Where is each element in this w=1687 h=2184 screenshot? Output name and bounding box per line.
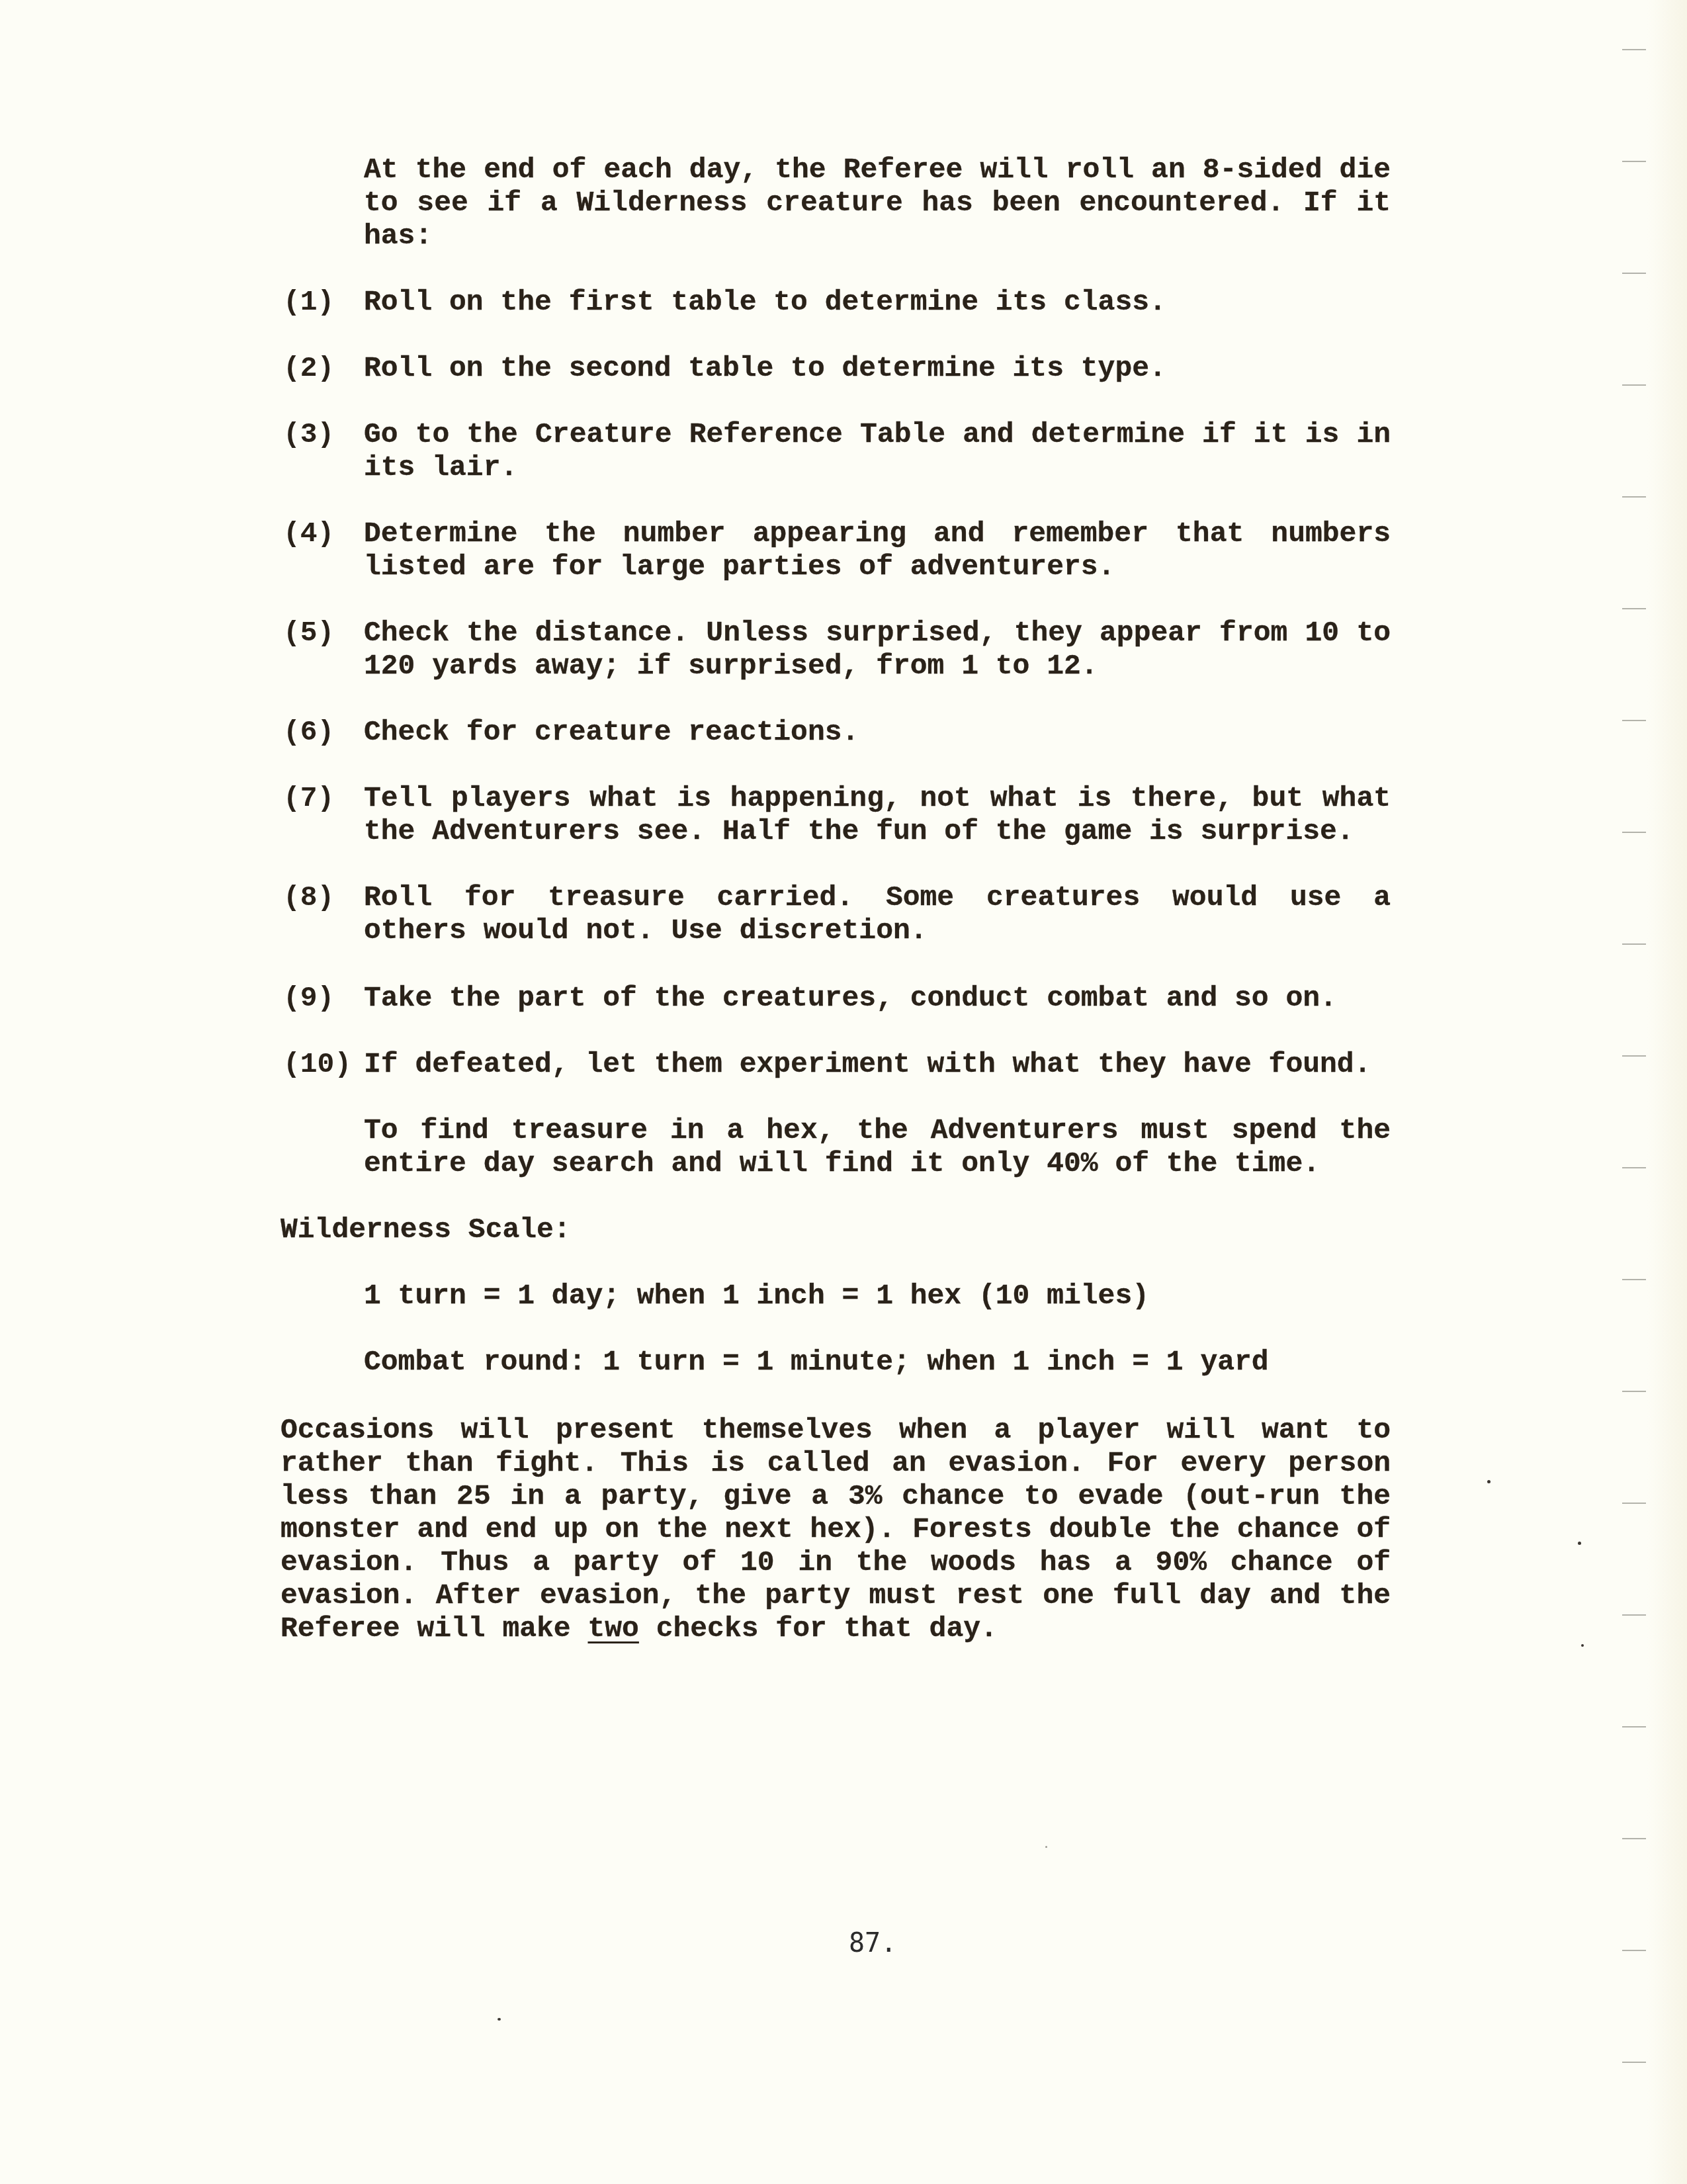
step-3-number: (3): [283, 418, 334, 451]
evasion-line-5: evasion. Thus a party of 10 in the woods…: [281, 1546, 1391, 1579]
intro-line-2: to see if a Wilderness creature has been…: [364, 187, 1391, 220]
margin-tick: [1622, 832, 1646, 833]
emphasis-two: two: [587, 1612, 638, 1645]
scan-speck: [1578, 1542, 1581, 1545]
evasion-line-3: less than 25 in a party, give a 3% chanc…: [281, 1480, 1391, 1513]
step-9-number: (9): [283, 982, 334, 1015]
margin-tick: [1622, 273, 1646, 274]
treasure-line-1: To find treasure in a hex, the Adventure…: [364, 1114, 1391, 1147]
margin-tick: [1622, 1167, 1646, 1168]
step-4-number: (4): [283, 517, 334, 550]
scan-speck: [1045, 1846, 1047, 1848]
step-8-text-2: others would not. Use discretion.: [364, 914, 928, 947]
margin-tick: [1622, 1055, 1646, 1057]
scan-speck: [1581, 1644, 1584, 1647]
margin-tick: [1622, 1614, 1646, 1616]
evasion-line-1: Occasions will present themselves when a…: [281, 1414, 1391, 1447]
step-7-text-1: Tell players what is happening, not what…: [364, 782, 1391, 815]
step-9-text: Take the part of the creatures, conduct …: [364, 982, 1337, 1015]
margin-tick: [1622, 1726, 1646, 1727]
margin-tick: [1622, 1391, 1646, 1392]
margin-tick: [1622, 1950, 1646, 1951]
intro-line-3: has:: [364, 220, 432, 253]
scale-line-travel: 1 turn = 1 day; when 1 inch = 1 hex (10 …: [364, 1280, 1149, 1313]
margin-tick: [1622, 2062, 1646, 2063]
step-7-number: (7): [283, 782, 334, 815]
margin-tick: [1622, 161, 1646, 162]
evasion-line-6: evasion. After evasion, the party must r…: [281, 1579, 1391, 1612]
margin-tick: [1622, 496, 1646, 498]
scan-speck: [1487, 1480, 1491, 1483]
margin-tick: [1622, 384, 1646, 386]
margin-tick: [1622, 49, 1646, 50]
step-5-text-2: 120 yards away; if surprised, from 1 to …: [364, 650, 1098, 683]
document-page: At the end of each day, the Referee will…: [0, 0, 1687, 2184]
step-3-text-2: its lair.: [364, 451, 517, 484]
margin-tick: [1622, 1279, 1646, 1280]
treasure-line-2: entire day search and will find it only …: [364, 1147, 1320, 1180]
evasion-line-2: rather than fight. This is called an eva…: [281, 1447, 1391, 1480]
step-6-text: Check for creature reactions.: [364, 716, 859, 749]
step-8-text-1: Roll for treasure carried. Some creature…: [364, 881, 1391, 914]
step-7-text-2: the Adventurers see. Half the fun of the…: [364, 815, 1354, 848]
page-edge-shadow: [1647, 0, 1687, 2184]
evasion-line-4: monster and end up on the next hex). For…: [281, 1513, 1391, 1546]
step-1-number: (1): [283, 286, 334, 319]
margin-tick: [1622, 1503, 1646, 1504]
evasion-line-7: Referee will make two checks for that da…: [281, 1612, 998, 1645]
margin-tick: [1622, 943, 1646, 945]
margin-tick: [1622, 608, 1646, 609]
step-10-text: If defeated, let them experiment with wh…: [364, 1048, 1371, 1081]
step-2-text: Roll on the second table to determine it…: [364, 352, 1166, 385]
scan-speck: [497, 2018, 501, 2021]
step-10-number: (10): [283, 1048, 351, 1081]
scale-heading: Wilderness Scale:: [281, 1213, 571, 1246]
step-4-text-2: listed are for large parties of adventur…: [364, 550, 1115, 584]
step-5-text-1: Check the distance. Unless surprised, th…: [364, 617, 1391, 650]
step-5-number: (5): [283, 617, 334, 650]
scale-line-combat: Combat round: 1 turn = 1 minute; when 1 …: [364, 1346, 1269, 1379]
step-4-text-1: Determine the number appearing and remem…: [364, 517, 1391, 550]
evasion-last-before: Referee will make: [281, 1612, 587, 1645]
step-8-number: (8): [283, 881, 334, 914]
margin-tick: [1622, 1838, 1646, 1839]
step-2-number: (2): [283, 352, 334, 385]
evasion-last-after: checks for that day.: [639, 1612, 998, 1645]
intro-line-1: At the end of each day, the Referee will…: [364, 153, 1391, 187]
step-3-text-1: Go to the Creature Reference Table and d…: [364, 418, 1391, 451]
step-6-number: (6): [283, 716, 334, 749]
page-number: 87.: [849, 1927, 896, 1960]
margin-tick: [1622, 720, 1646, 721]
step-1-text: Roll on the first table to determine its…: [364, 286, 1166, 319]
